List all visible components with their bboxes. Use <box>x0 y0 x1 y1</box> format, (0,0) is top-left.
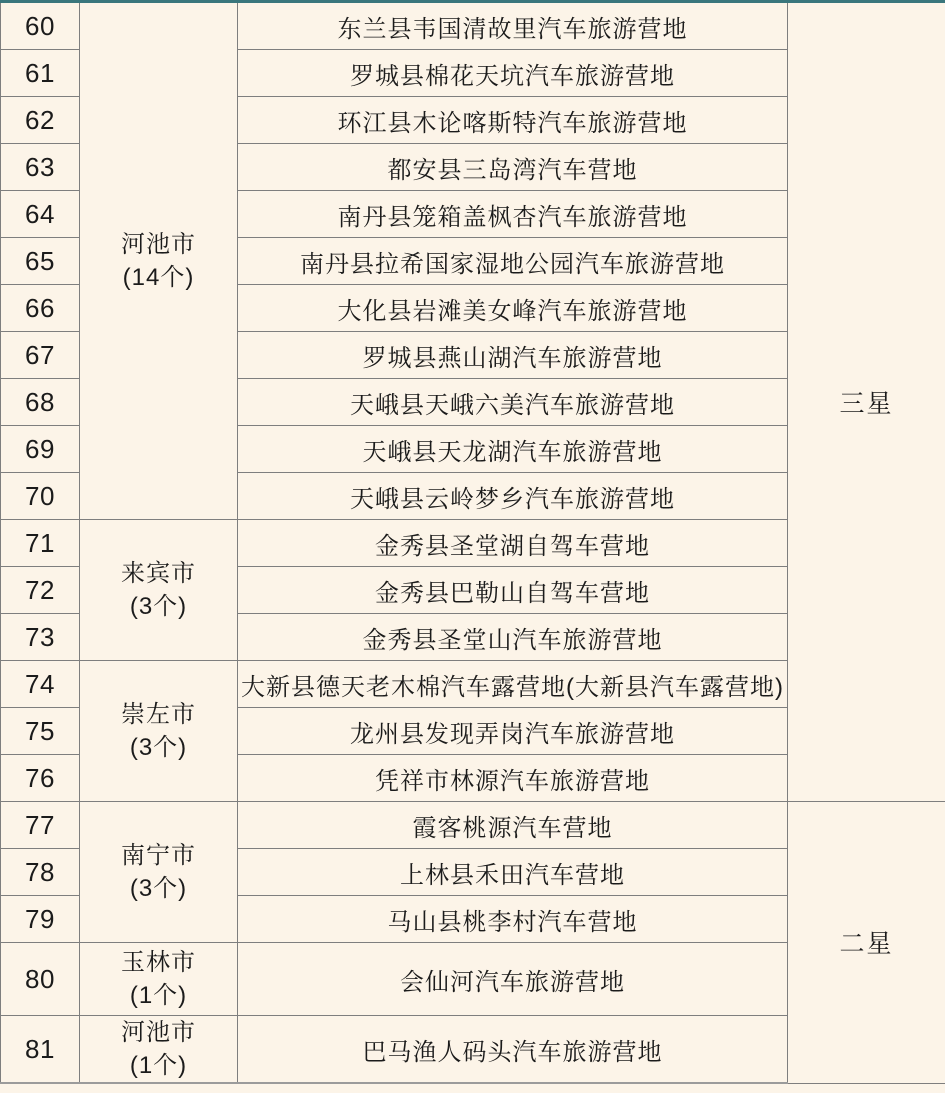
city-group-cell: 玉林市 (1个) <box>80 943 238 1016</box>
city-group-cell: 河池市 (14个) <box>80 3 238 520</box>
city-group-cell: 来宾市 (3个) <box>80 520 238 661</box>
city-name: 来宾市 <box>80 557 237 590</box>
campsite-name-cell: 金秀县圣堂山汽车旅游营地 <box>238 614 788 661</box>
city-count: (14个) <box>80 261 237 294</box>
campsite-name-cell: 罗城县棉花天坑汽车旅游营地 <box>238 50 788 97</box>
table-row: 77 南宁市 (3个) 霞客桃源汽车营地 二星 <box>1 802 945 849</box>
campsite-name-cell: 东兰县韦国清故里汽车旅游营地 <box>238 3 788 50</box>
campsite-name-cell: 环江县木论喀斯特汽车旅游营地 <box>238 97 788 144</box>
campsite-name-cell: 天峨县天峨六美汽车旅游营地 <box>238 379 788 426</box>
campsite-name-cell: 大新县德天老木棉汽车露营地(大新县汽车露营地) <box>238 661 788 708</box>
row-number-cell: 69 <box>1 426 80 473</box>
campsite-name-cell: 大化县岩滩美女峰汽车旅游营地 <box>238 285 788 332</box>
campsite-name-cell: 罗城县燕山湖汽车旅游营地 <box>238 332 788 379</box>
campsite-name-cell: 天峨县天龙湖汽车旅游营地 <box>238 426 788 473</box>
campsite-name-cell: 南丹县笼箱盖枫杏汽车旅游营地 <box>238 191 788 238</box>
row-number-cell: 75 <box>1 708 80 755</box>
row-number-cell: 63 <box>1 144 80 191</box>
row-number-cell: 74 <box>1 661 80 708</box>
star-rating-cell: 三星 <box>788 3 945 802</box>
page: 60 河池市 (14个) 东兰县韦国清故里汽车旅游营地 三星 61 罗城县棉花天… <box>0 0 945 1093</box>
campsite-name-cell: 上林县禾田汽车营地 <box>238 849 788 896</box>
campsite-name-cell: 霞客桃源汽车营地 <box>238 802 788 849</box>
city-count: (3个) <box>80 731 237 764</box>
row-number-cell: 73 <box>1 614 80 661</box>
city-group-cell: 南宁市 (3个) <box>80 802 238 943</box>
row-number-cell: 76 <box>1 755 80 802</box>
city-name: 玉林市 <box>80 946 237 979</box>
city-count: (1个) <box>80 1049 237 1082</box>
row-number-cell: 81 <box>1 1016 80 1084</box>
city-count: (3个) <box>80 590 237 623</box>
row-number-cell: 64 <box>1 191 80 238</box>
campsite-name-cell: 凭祥市林源汽车旅游营地 <box>238 755 788 802</box>
city-count: (1个) <box>80 979 237 1012</box>
row-number-cell: 71 <box>1 520 80 567</box>
campsite-name-cell: 都安县三岛湾汽车营地 <box>238 144 788 191</box>
row-number-cell: 78 <box>1 849 80 896</box>
city-name: 河池市 <box>80 228 237 261</box>
star-rating-cell: 二星 <box>788 802 945 1084</box>
campsite-name-cell: 龙州县发现弄岗汽车旅游营地 <box>238 708 788 755</box>
table-row: 60 河池市 (14个) 东兰县韦国清故里汽车旅游营地 三星 <box>1 3 945 50</box>
row-number-cell: 62 <box>1 97 80 144</box>
row-number-cell: 79 <box>1 896 80 943</box>
campsite-name-cell: 金秀县圣堂湖自驾车营地 <box>238 520 788 567</box>
city-group-cell: 河池市 (1个) <box>80 1016 238 1084</box>
campsite-name-cell: 南丹县拉希国家湿地公园汽车旅游营地 <box>238 238 788 285</box>
city-name: 南宁市 <box>80 839 237 872</box>
row-number-cell: 60 <box>1 3 80 50</box>
campsite-name-cell: 马山县桃李村汽车营地 <box>238 896 788 943</box>
row-number-cell: 65 <box>1 238 80 285</box>
row-number-cell: 80 <box>1 943 80 1016</box>
city-count: (3个) <box>80 872 237 905</box>
row-number-cell: 77 <box>1 802 80 849</box>
row-number-cell: 68 <box>1 379 80 426</box>
city-name: 崇左市 <box>80 698 237 731</box>
campsite-name-cell: 天峨县云岭梦乡汽车旅游营地 <box>238 473 788 520</box>
campsite-name-cell: 巴马渔人码头汽车旅游营地 <box>238 1016 788 1084</box>
row-number-cell: 61 <box>1 50 80 97</box>
city-group-cell: 崇左市 (3个) <box>80 661 238 802</box>
campsite-name-cell: 会仙河汽车旅游营地 <box>238 943 788 1016</box>
row-number-cell: 66 <box>1 285 80 332</box>
row-number-cell: 70 <box>1 473 80 520</box>
row-number-cell: 72 <box>1 567 80 614</box>
city-name: 河池市 <box>80 1016 237 1049</box>
campsite-rating-table: 60 河池市 (14个) 东兰县韦国清故里汽车旅游营地 三星 61 罗城县棉花天… <box>0 3 945 1084</box>
campsite-name-cell: 金秀县巴勒山自驾车营地 <box>238 567 788 614</box>
row-number-cell: 67 <box>1 332 80 379</box>
